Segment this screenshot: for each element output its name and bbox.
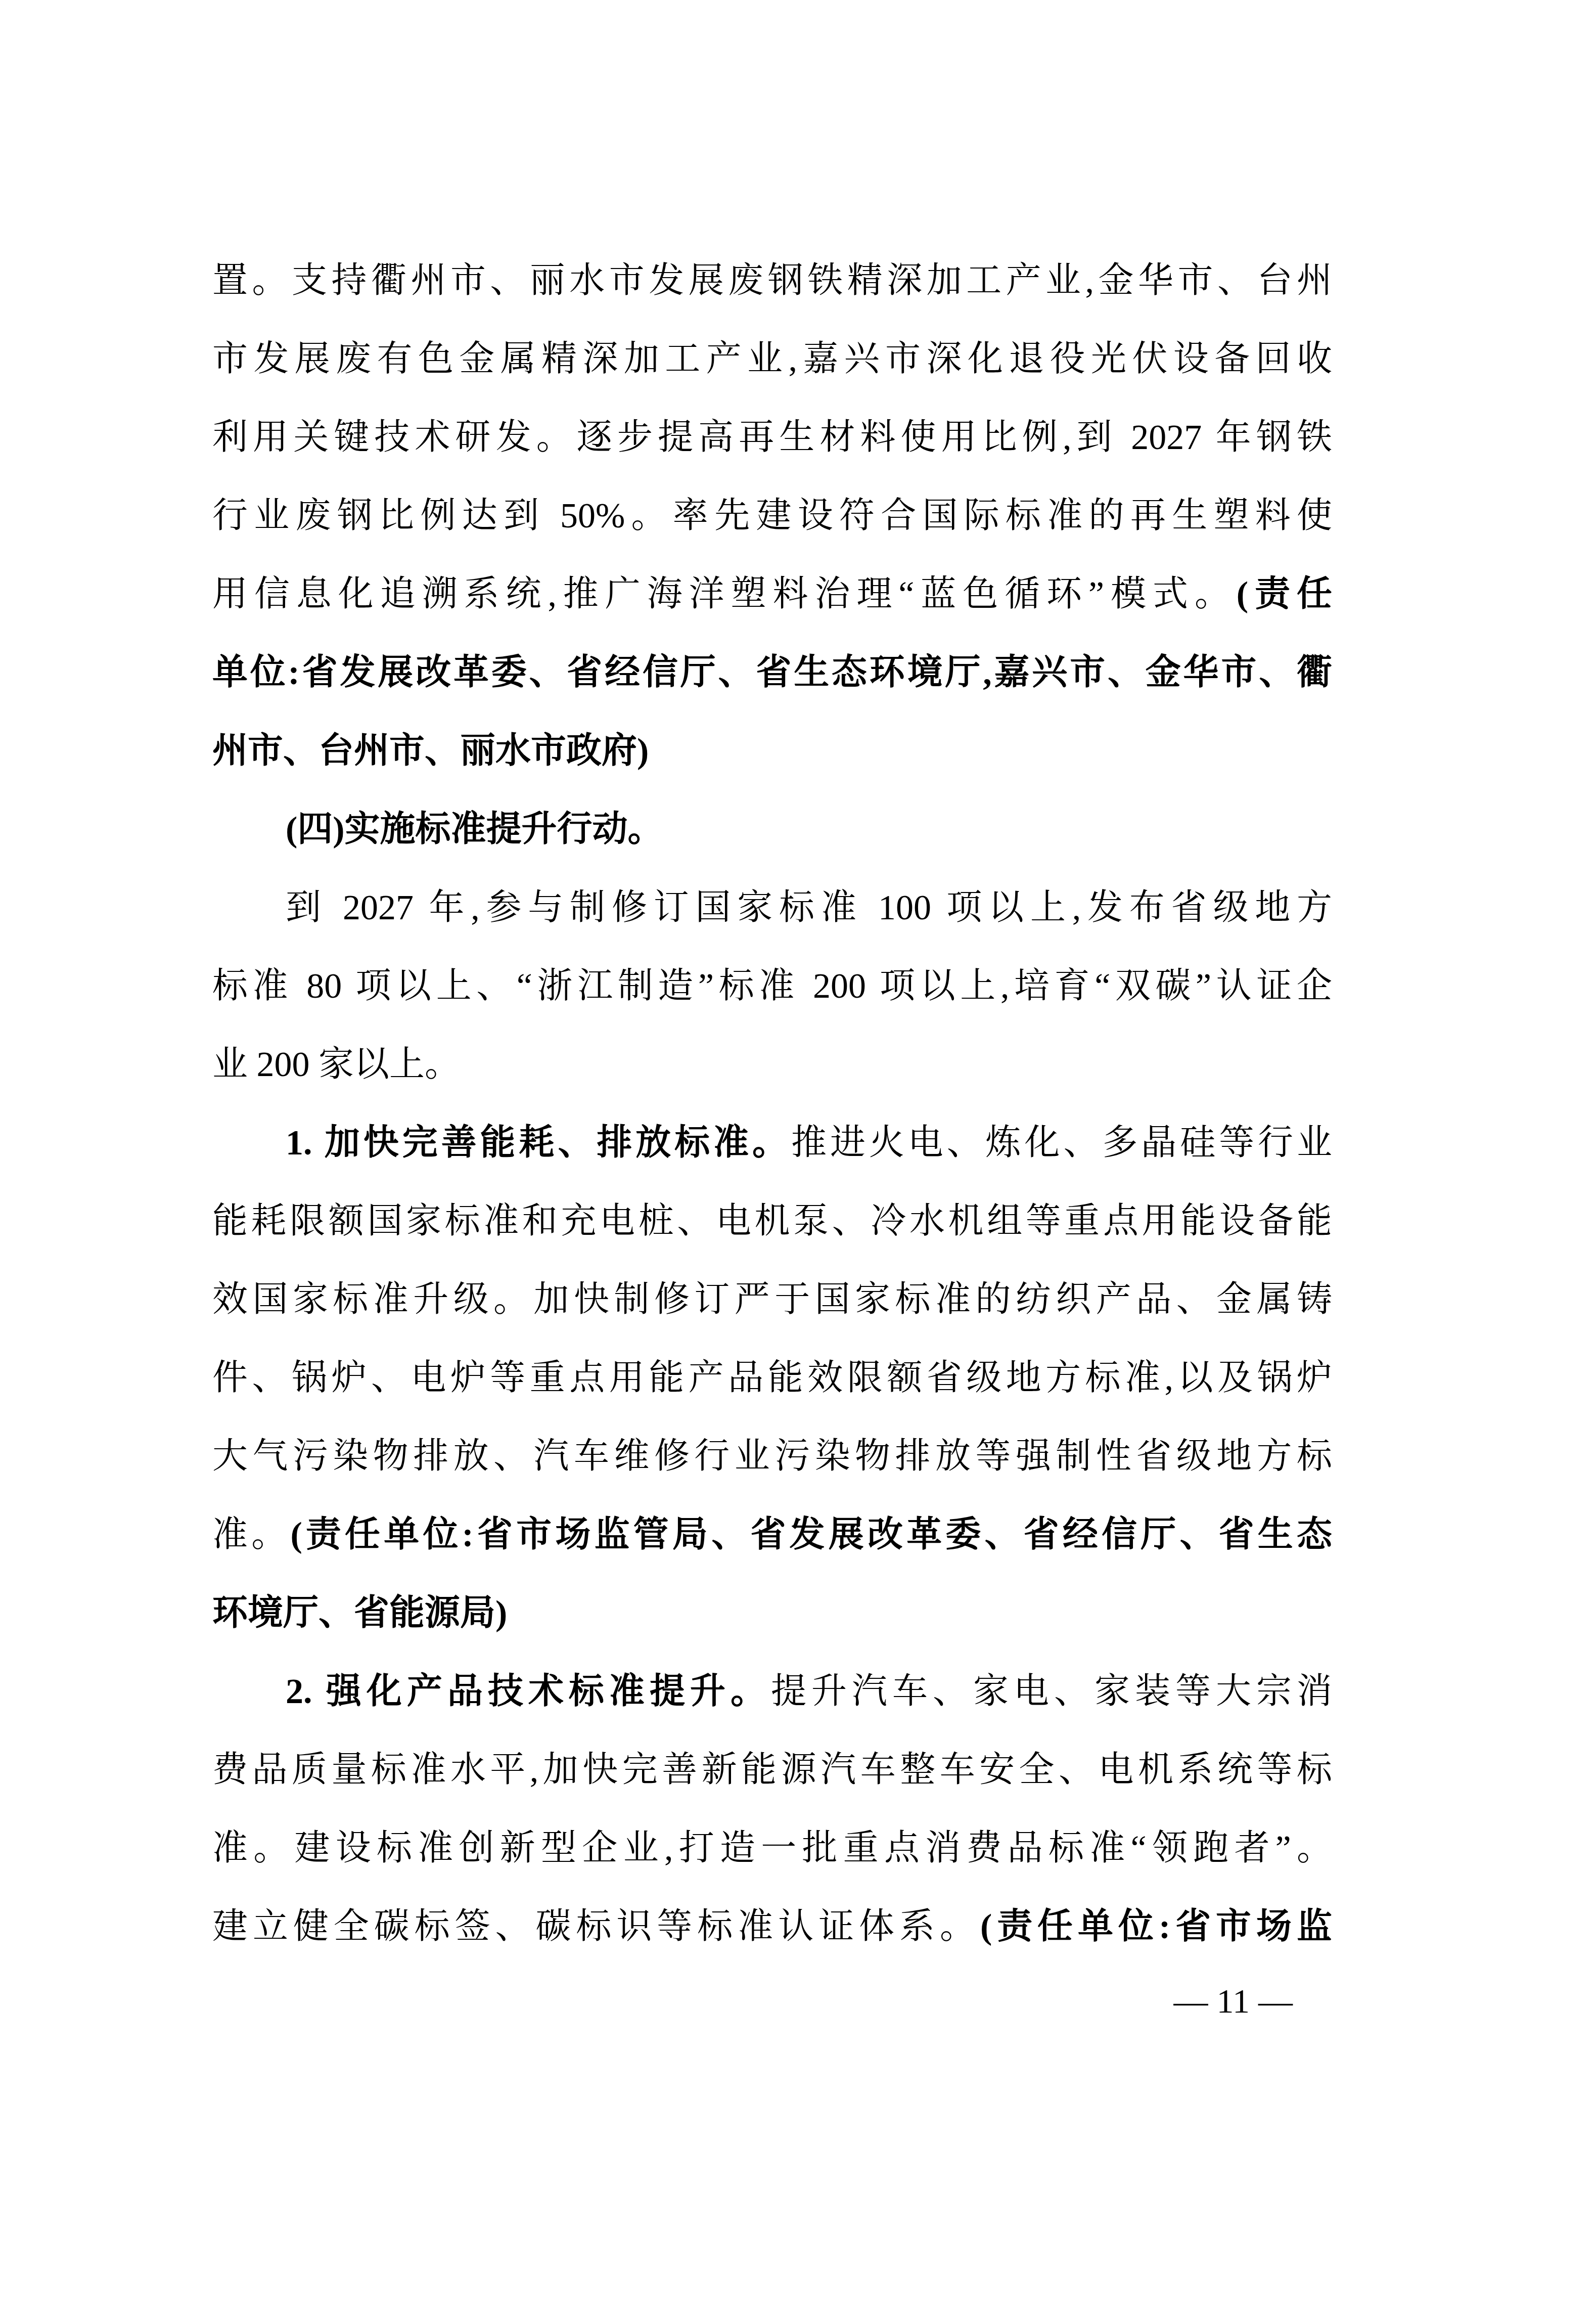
body-text-segment: 大气污染物排放、汽车维修行业污染物排放等强制性省级地方标 (212, 1437, 1332, 1476)
text-line: 行业废钢比例达到 50%。率先建设符合国际标准的再生塑料使 (212, 477, 1332, 555)
text-line: 能耗限额国家标准和充电桩、电机泵、冷水机组等重点用能设备能 (212, 1182, 1332, 1261)
document-lines: 置。支持衢州市、丽水市发展废钢铁精深加工产业,金华市、台州市发展废有色金属精深加… (212, 242, 1332, 1966)
text-line: 州市、台州市、丽水市政府) (212, 712, 1332, 790)
text-line: 效国家标准升级。加快制修订严于国家标准的纺织产品、金属铸 (212, 1261, 1332, 1339)
body-text-segment: 件、锅炉、电炉等重点用能产品能效限额省级地方标准,以及锅炉 (212, 1359, 1332, 1398)
text-line: 置。支持衢州市、丽水市发展废钢铁精深加工产业,金华市、台州 (212, 242, 1332, 320)
responsibility-unit-segment: (责任单位:省市场监 (980, 1907, 1332, 1946)
body-text-segment: 行业废钢比例达到 50%。率先建设符合国际标准的再生塑料使 (212, 497, 1332, 536)
text-line: 2. 强化产品技术标准提升。提升汽车、家电、家装等大宗消 (212, 1653, 1332, 1731)
document-page: 置。支持衢州市、丽水市发展废钢铁精深加工产业,金华市、台州市发展废有色金属精深加… (0, 0, 1596, 2318)
page-number: — 11 — (1174, 1962, 1293, 2040)
body-text-segment: 用信息化追溯系统,推广海洋塑料治理“蓝色循环”模式。 (212, 575, 1237, 614)
body-text-segment: 准。建设标准创新型企业,打造一批重点消费品标准“领跑者”。 (212, 1829, 1332, 1868)
body-text-segment: 建立健全碳标签、碳标识等标准认证体系。 (212, 1907, 980, 1946)
kaiti-heading-segment: 2. 强化产品技术标准提升。 (286, 1672, 771, 1711)
body-text-segment: 标准 80 项以上、“浙江制造”标准 200 项以上,培育“双碳”认证企 (212, 967, 1332, 1006)
text-line: 准。建设标准创新型企业,打造一批重点消费品标准“领跑者”。 (212, 1809, 1332, 1888)
responsibility-unit-segment: 环境厅、省能源局) (212, 1594, 507, 1633)
responsibility-unit-segment: 州市、台州市、丽水市政府) (212, 732, 649, 771)
text-line: 大气污染物排放、汽车维修行业污染物排放等强制性省级地方标 (212, 1417, 1332, 1496)
kaiti-heading-segment: (四)实施标准提升行动。 (286, 810, 663, 849)
text-line: 建立健全碳标签、碳标识等标准认证体系。(责任单位:省市场监 (212, 1888, 1332, 1966)
body-text-segment: 费品质量标准水平,加快完善新能源汽车整车安全、电机系统等标 (212, 1751, 1332, 1790)
body-text-segment: 业 200 家以上。 (212, 1045, 460, 1084)
text-line: 环境厅、省能源局) (212, 1574, 1332, 1653)
body-text-segment: 置。支持衢州市、丽水市发展废钢铁精深加工产业,金华市、台州 (212, 261, 1332, 300)
text-line: (四)实施标准提升行动。 (212, 790, 1332, 869)
body-text-segment: 市发展废有色金属精深加工产业,嘉兴市深化退役光伏设备回收 (212, 340, 1332, 379)
text-line: 业 200 家以上。 (212, 1026, 1332, 1104)
text-line: 单位:省发展改革委、省经信厅、省生态环境厅,嘉兴市、金华市、衢 (212, 634, 1332, 712)
text-line: 到 2027 年,参与制修订国家标准 100 项以上,发布省级地方 (212, 869, 1332, 947)
kaiti-heading-segment: 1. 加快完善能耗、排放标准。 (286, 1124, 791, 1163)
body-text-segment: 到 2027 年,参与制修订国家标准 100 项以上,发布省级地方 (286, 888, 1332, 927)
responsibility-unit-segment: (责任 (1237, 575, 1332, 614)
responsibility-unit-segment: (责任单位:省市场监管局、省发展改革委、省经信厅、省生态 (290, 1515, 1332, 1554)
body-text-segment: 效国家标准升级。加快制修订严于国家标准的纺织产品、金属铸 (212, 1280, 1332, 1319)
body-text-segment: 提升汽车、家电、家装等大宗消 (771, 1672, 1332, 1711)
body-text-segment: 利用关键技术研发。逐步提高再生材料使用比例,到 2027 年钢铁 (212, 418, 1332, 457)
text-line: 准。(责任单位:省市场监管局、省发展改革委、省经信厅、省生态 (212, 1496, 1332, 1574)
text-line: 利用关键技术研发。逐步提高再生材料使用比例,到 2027 年钢铁 (212, 398, 1332, 477)
body-text-segment: 能耗限额国家标准和充电桩、电机泵、冷水机组等重点用能设备能 (212, 1202, 1332, 1241)
text-line: 费品质量标准水平,加快完善新能源汽车整车安全、电机系统等标 (212, 1731, 1332, 1809)
responsibility-unit-segment: 单位:省发展改革委、省经信厅、省生态环境厅,嘉兴市、金华市、衢 (212, 653, 1332, 692)
text-line: 市发展废有色金属精深加工产业,嘉兴市深化退役光伏设备回收 (212, 320, 1332, 398)
text-line: 件、锅炉、电炉等重点用能产品能效限额省级地方标准,以及锅炉 (212, 1339, 1332, 1417)
body-text-segment: 准。 (212, 1515, 290, 1554)
text-line: 用信息化追溯系统,推广海洋塑料治理“蓝色循环”模式。(责任 (212, 555, 1332, 634)
text-line: 标准 80 项以上、“浙江制造”标准 200 项以上,培育“双碳”认证企 (212, 947, 1332, 1026)
body-text-segment: 推进火电、炼化、多晶硅等行业 (791, 1124, 1332, 1163)
text-line: 1. 加快完善能耗、排放标准。推进火电、炼化、多晶硅等行业 (212, 1104, 1332, 1182)
